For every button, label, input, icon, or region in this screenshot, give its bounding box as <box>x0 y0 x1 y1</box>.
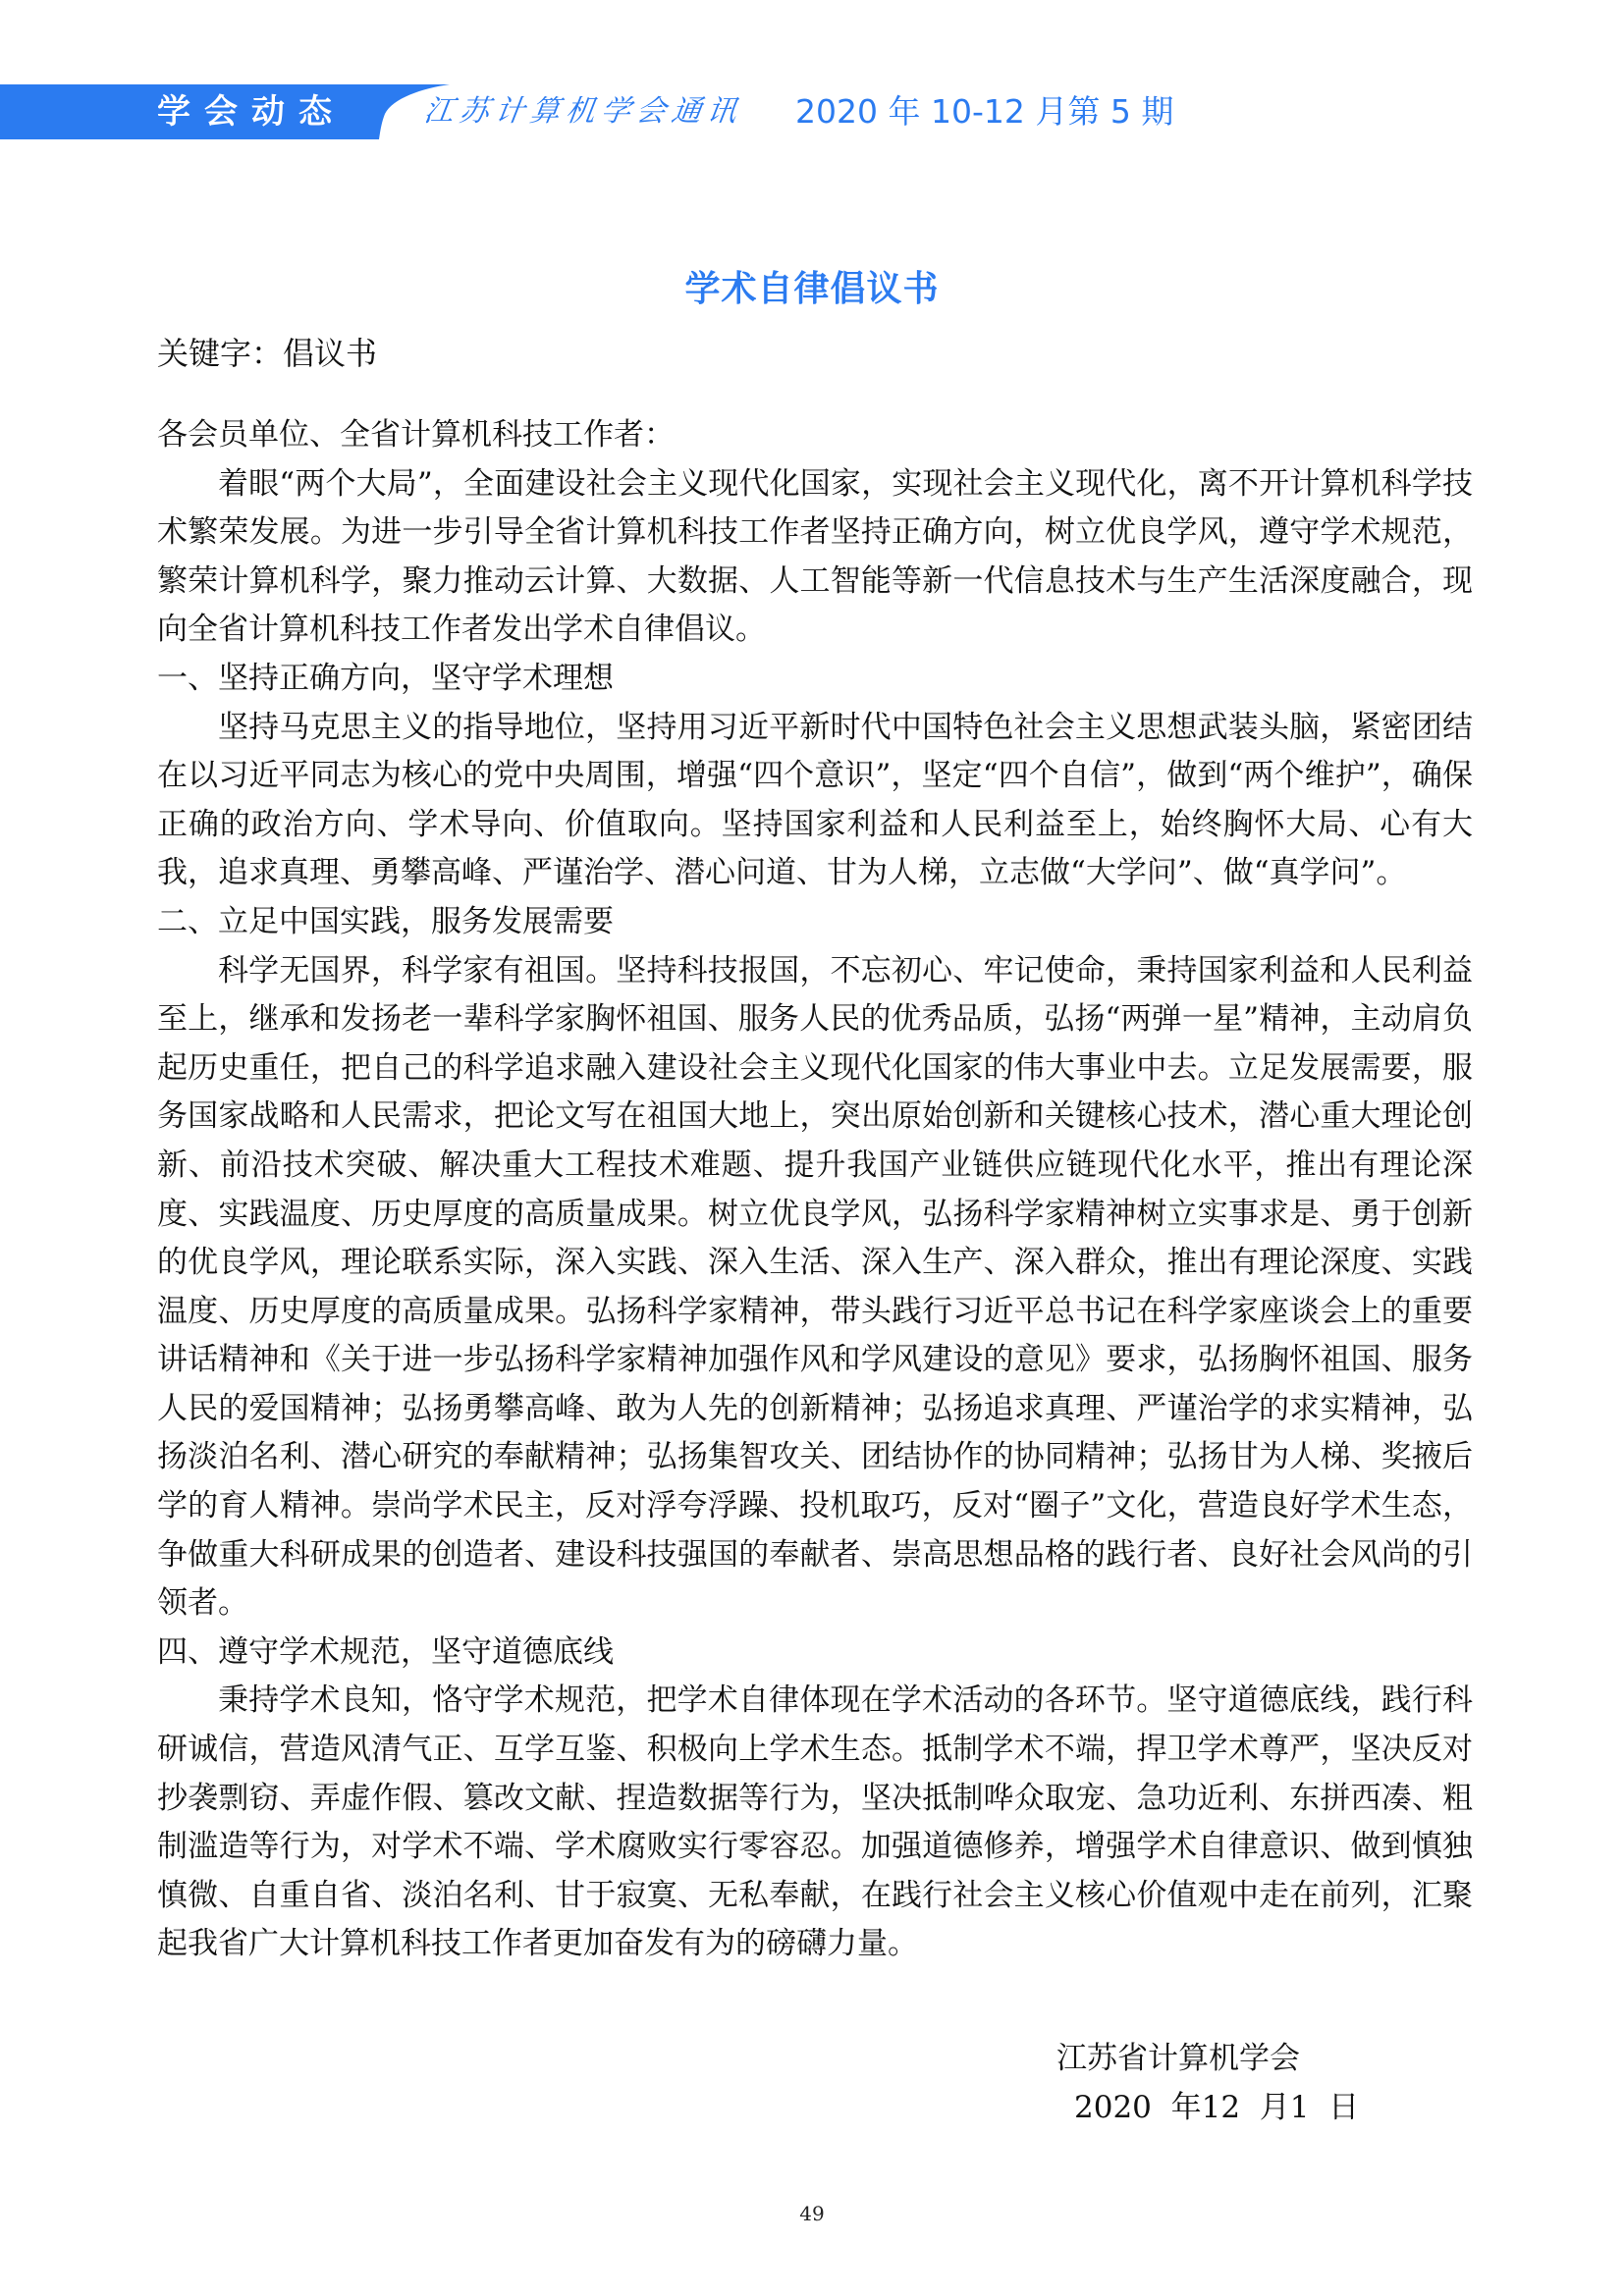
signature-block: 江苏省计算机学会 2020 年12 月1 日 <box>1056 2034 1359 2132</box>
section-body-4: 秉持学术良知，恪守学术规范，把学术自律体现在学术活动的各环节。坚守道德底线，践行… <box>157 1677 1473 1969</box>
section-heading-1: 一、坚持正确方向，坚守学术理想 <box>157 655 1473 704</box>
journal-name: 江苏计算机学会通讯 <box>421 90 745 133</box>
section-body-2: 科学无国界，科学家有祖国。坚持科技报国，不忘初心、牢记使命，秉持国家利益和人民利… <box>157 947 1473 1629</box>
page-number: 49 <box>0 2199 1624 2228</box>
section-heading-2: 二、立足中国实践，服务发展需要 <box>157 898 1473 947</box>
signature-organization: 江苏省计算机学会 <box>1056 2034 1359 2083</box>
article-body: 各会员单位、全省计算机科技工作者： 着眼“两个大局”，全面建设社会主义现代化国家… <box>157 411 1473 1969</box>
page-header: 学会动态 江苏计算机学会通讯 2020 年 10-12 月第 5 期 <box>0 84 1624 139</box>
section-body-1: 坚持马克思主义的指导地位，坚持用习近平新时代中国特色社会主义思想武装头脑，紧密团… <box>157 704 1473 898</box>
signature-date: 2020 年12 月1 日 <box>1056 2083 1359 2132</box>
issue-label: 2020 年 10-12 月第 5 期 <box>795 90 1173 133</box>
intro-paragraph: 着眼“两个大局”，全面建设社会主义现代化国家，实现社会主义现代化，离不开计算机科… <box>157 460 1473 655</box>
salutation: 各会员单位、全省计算机科技工作者： <box>157 411 1473 460</box>
document-title: 学术自律倡议书 <box>0 265 1624 314</box>
section-label: 学会动态 <box>157 90 346 133</box>
section-heading-4: 四、遵守学术规范，坚守道德底线 <box>157 1629 1473 1678</box>
keywords-line: 关键字：倡议书 <box>157 329 377 378</box>
